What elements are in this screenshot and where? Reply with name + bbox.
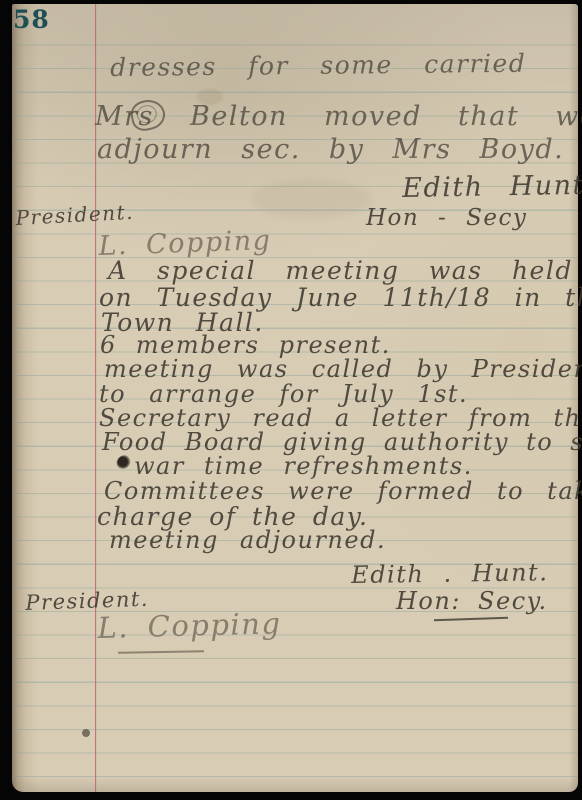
- notebook-page: 58: [12, 4, 578, 792]
- paper-stain: [197, 89, 223, 105]
- paper-stain: [82, 729, 90, 737]
- paper-stain: [252, 179, 372, 219]
- ruled-lines: [12, 22, 578, 792]
- page-number: 58: [13, 5, 50, 34]
- minute-book-scan: 58 dresses for some carried Mrs Belton m…: [0, 0, 582, 800]
- margin-line: [95, 4, 96, 792]
